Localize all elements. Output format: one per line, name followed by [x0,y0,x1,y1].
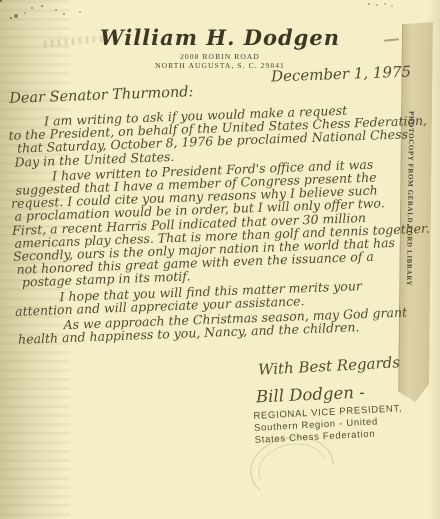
scanned-letter: PHOTOCOPY FROM GERALD FORD LIBRARY Willi… [0,0,440,519]
closing: With Best Regards [258,353,401,378]
letter-body: Dear Senator Thurmond: I am writing to a… [7,75,440,346]
signature-name: Bill Dodgen - [256,383,365,407]
letterhead-address-line1: 2008 ROBIN ROAD [0,52,440,61]
signature-title: REGIONAL VICE PRESIDENT, Southern Region… [253,403,404,446]
scan-speckles [0,0,4,4]
pencil-marks [368,3,370,5]
paragraph-2: I have written to President Ford's offic… [10,155,440,290]
letterhead-name: William H. Dodgen [0,25,440,50]
